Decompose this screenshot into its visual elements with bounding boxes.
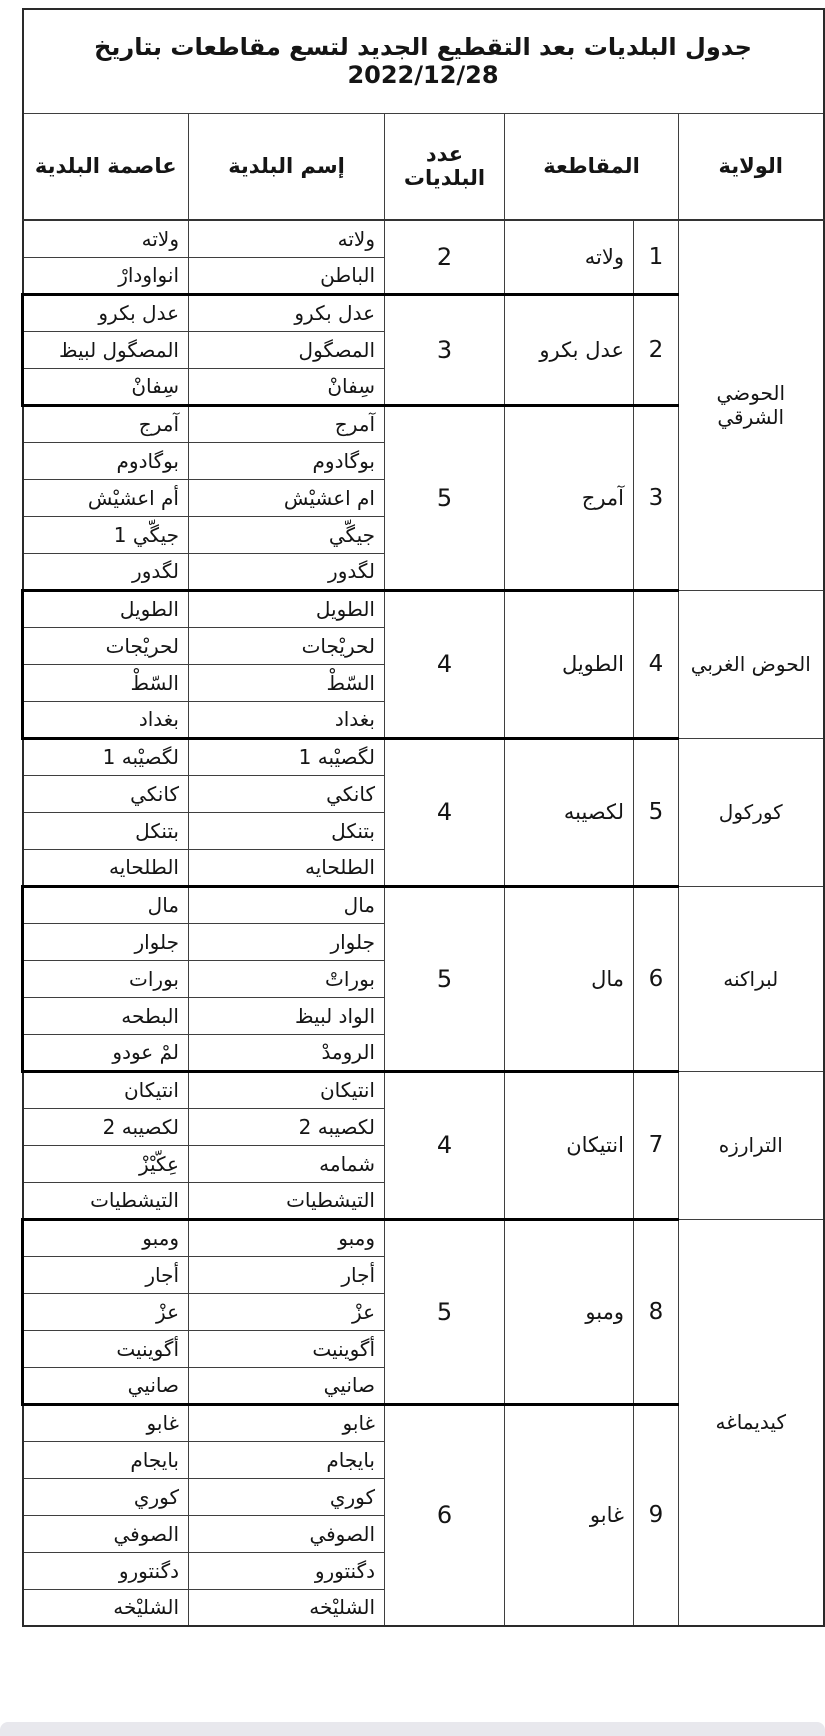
municipality-name-cell: بوراتْ (189, 960, 385, 997)
district-number-cell: 2 (634, 294, 679, 405)
municipality-count-cell: 6 (385, 1404, 505, 1626)
municipality-name-cell: كوري (189, 1478, 385, 1515)
page: { "page": { "title": "جدول البلديات بعد … (0, 0, 825, 1736)
municipality-name-cell: لگدور (189, 553, 385, 590)
table-row: الحوضي الشرقي1ولاته2ولاتهولاته (23, 220, 824, 257)
municipality-name-cell: مال (189, 886, 385, 923)
municipality-name-cell: غابو (189, 1404, 385, 1441)
municipality-name-cell: بوگادوم (189, 442, 385, 479)
municipalities-table: جدول البلديات بعد التقطيع الجديد لتسع مق… (21, 8, 825, 1627)
municipality-name-cell: سِفانْ (189, 368, 385, 405)
municipality-count-cell: 5 (385, 405, 505, 590)
municipality-name-cell: كانكي (189, 775, 385, 812)
header-wilaya: الولاية (679, 113, 824, 220)
municipality-capital-cell: عدل بكرو (23, 294, 189, 331)
district-number-cell: 5 (634, 738, 679, 886)
district-name-cell: لكصيبه (505, 738, 634, 886)
bottom-ui-bar (0, 1722, 825, 1736)
municipality-capital-cell: لمْ عودو (23, 1034, 189, 1071)
municipality-capital-cell: مال (23, 886, 189, 923)
municipality-name-cell: السّطْ (189, 664, 385, 701)
municipality-name-cell: الطويل (189, 590, 385, 627)
municipality-name-cell: لحريْجات (189, 627, 385, 664)
municipality-count-cell: 2 (385, 220, 505, 294)
district-number-cell: 4 (634, 590, 679, 738)
municipality-capital-cell: جلوار (23, 923, 189, 960)
municipality-name-cell: ولاته (189, 220, 385, 257)
municipality-capital-cell: صانيي (23, 1367, 189, 1404)
municipality-name-cell: عدل بكرو (189, 294, 385, 331)
municipality-count-cell: 4 (385, 1071, 505, 1219)
municipality-count-cell: 4 (385, 590, 505, 738)
municipality-name-cell: بايجام (189, 1441, 385, 1478)
wilaya-cell: الترارزه (679, 1071, 824, 1219)
title-row: جدول البلديات بعد التقطيع الجديد لتسع مق… (23, 9, 824, 113)
municipality-capital-cell: لكصيبه 2 (23, 1108, 189, 1145)
municipality-capital-cell: البطحه (23, 997, 189, 1034)
header-row: الولاية المقاطعة عدد البلديات إسم البلدي… (23, 113, 824, 220)
wilaya-cell: الحوض الغربي (679, 590, 824, 738)
municipality-name-cell: الشليْخه (189, 1589, 385, 1626)
municipality-capital-cell: بتنكل (23, 812, 189, 849)
municipality-capital-cell: بوگادوم (23, 442, 189, 479)
table-row: كوركول5لكصيبه4لگصيْبه 1لگصيْبه 1 (23, 738, 824, 775)
header-count: عدد البلديات (385, 113, 505, 220)
municipality-name-cell: بغداد (189, 701, 385, 738)
municipality-capital-cell: جيگّي 1 (23, 516, 189, 553)
municipality-count-cell: 5 (385, 886, 505, 1071)
municipality-capital-cell: السّطْ (23, 664, 189, 701)
municipality-name-cell: أجار (189, 1256, 385, 1293)
municipality-capital-cell: أم اعشيْش (23, 479, 189, 516)
municipality-capital-cell: كوري (23, 1478, 189, 1515)
table-row: لبراكنه6مال5مالمال (23, 886, 824, 923)
municipality-name-cell: لكصيبه 2 (189, 1108, 385, 1145)
table-row: الحوض الغربي4الطويل4الطويلالطويل (23, 590, 824, 627)
table-row: الترارزه7انتيكان4انتيكانانتيكان (23, 1071, 824, 1108)
wilaya-cell: لبراكنه (679, 886, 824, 1071)
municipality-count-cell: 3 (385, 294, 505, 405)
municipality-capital-cell: كانكي (23, 775, 189, 812)
district-number-cell: 6 (634, 886, 679, 1071)
district-name-cell: مال (505, 886, 634, 1071)
municipality-count-cell: 5 (385, 1219, 505, 1404)
municipality-name-cell: انتيكان (189, 1071, 385, 1108)
table-row: كيديماغه8ومبو5ومبوومبو (23, 1219, 824, 1256)
municipality-name-cell: المصگول (189, 331, 385, 368)
municipality-name-cell: لگصيْبه 1 (189, 738, 385, 775)
municipality-name-cell: الصوفي (189, 1515, 385, 1552)
district-name-cell: عدل بكرو (505, 294, 634, 405)
header-district: المقاطعة (505, 113, 679, 220)
municipality-name-cell: بتنكل (189, 812, 385, 849)
municipality-capital-cell: لگصيْبه 1 (23, 738, 189, 775)
municipality-capital-cell: بورات (23, 960, 189, 997)
municipality-capital-cell: عِكّيْزْ (23, 1145, 189, 1182)
district-number-cell: 7 (634, 1071, 679, 1219)
municipality-capital-cell: ومبو (23, 1219, 189, 1256)
municipality-capital-cell: دگنتورو (23, 1552, 189, 1589)
municipality-capital-cell: انتيكان (23, 1071, 189, 1108)
municipality-name-cell: ام اعشيْش (189, 479, 385, 516)
municipality-capital-cell: سِفانْ (23, 368, 189, 405)
district-number-cell: 3 (634, 405, 679, 590)
district-number-cell: 8 (634, 1219, 679, 1404)
municipality-name-cell: دگنتورو (189, 1552, 385, 1589)
municipality-capital-cell: آمرج (23, 405, 189, 442)
municipality-name-cell: جلوار (189, 923, 385, 960)
wilaya-cell: الحوضي الشرقي (679, 220, 824, 590)
district-number-cell: 1 (634, 220, 679, 294)
municipality-capital-cell: لگدور (23, 553, 189, 590)
municipality-capital-cell: عزْ (23, 1293, 189, 1330)
municipality-capital-cell: ولاته (23, 220, 189, 257)
municipality-name-cell: الباطن (189, 257, 385, 294)
municipality-name-cell: عزْ (189, 1293, 385, 1330)
district-name-cell: غابو (505, 1404, 634, 1626)
document-title: جدول البلديات بعد التقطيع الجديد لتسع مق… (23, 9, 824, 113)
municipality-capital-cell: بغداد (23, 701, 189, 738)
municipality-name-cell: آمرج (189, 405, 385, 442)
municipality-count-cell: 4 (385, 738, 505, 886)
header-capital: عاصمة البلدية (23, 113, 189, 220)
municipality-name-cell: أگوينيت (189, 1330, 385, 1367)
district-name-cell: انتيكان (505, 1071, 634, 1219)
district-name-cell: الطويل (505, 590, 634, 738)
municipality-capital-cell: الطلحايه (23, 849, 189, 886)
district-name-cell: آمرج (505, 405, 634, 590)
wilaya-cell: كوركول (679, 738, 824, 886)
district-name-cell: ومبو (505, 1219, 634, 1404)
municipality-name-cell: صانيي (189, 1367, 385, 1404)
municipality-name-cell: ومبو (189, 1219, 385, 1256)
municipality-capital-cell: الشليْخه (23, 1589, 189, 1626)
municipality-capital-cell: بايجام (23, 1441, 189, 1478)
municipality-name-cell: الرومدْ (189, 1034, 385, 1071)
municipality-name-cell: شمامه (189, 1145, 385, 1182)
municipality-capital-cell: المصگول لبيظ (23, 331, 189, 368)
municipality-capital-cell: لحريْجات (23, 627, 189, 664)
district-name-cell: ولاته (505, 220, 634, 294)
municipality-capital-cell: أگوينيت (23, 1330, 189, 1367)
municipality-name-cell: الواد لبيظ (189, 997, 385, 1034)
municipality-capital-cell: غابو (23, 1404, 189, 1441)
district-number-cell: 9 (634, 1404, 679, 1626)
table-body: الحوضي الشرقي1ولاته2ولاتهولاتهالباطنانوا… (23, 220, 824, 1626)
municipality-capital-cell: أجار (23, 1256, 189, 1293)
municipality-capital-cell: الصوفي (23, 1515, 189, 1552)
wilaya-cell: كيديماغه (679, 1219, 824, 1626)
municipality-capital-cell: انواودارْ (23, 257, 189, 294)
municipality-capital-cell: الطويل (23, 590, 189, 627)
municipality-name-cell: التيشطيات (189, 1182, 385, 1219)
municipality-name-cell: الطلحايه (189, 849, 385, 886)
municipality-name-cell: جيگّي (189, 516, 385, 553)
municipality-capital-cell: التيشطيات (23, 1182, 189, 1219)
header-municipality: إسم البلدية (189, 113, 385, 220)
